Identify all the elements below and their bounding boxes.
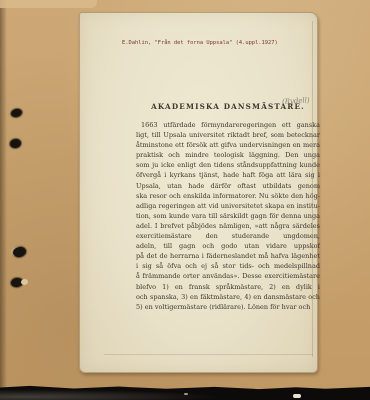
body-line: praktisk och mindre teologisk läggning. … (136, 150, 320, 160)
board-top-edge-patch (0, 0, 97, 8)
body-text: 1663 utfärdade förmyndareregeringen ett … (136, 120, 320, 312)
pasted-book-page: E.Dahlin, "Från det forna Uppsala" (4.up… (79, 12, 318, 373)
body-line: adel. I brefvet påbjödes nämligen, »att … (136, 221, 320, 231)
typed-source-reference: E.Dahlin, "Från det forna Uppsala" (4.up… (122, 40, 292, 47)
body-line: adeln, till gagn och godo utan vidare up… (136, 241, 320, 251)
clipping-edge-vertical (312, 21, 313, 357)
body-line: i sig så öfva och ej så stor tids- och m… (136, 261, 320, 271)
body-line: som ju icke enligt den tidens ståndsuppf… (136, 160, 320, 170)
body-line: adliga regeringen att vid universitetet … (136, 201, 320, 211)
body-line: Upsala, utan hade därför oftast utbildat… (136, 181, 320, 191)
body-line: och spanska, 3) en fäktmästare, 4) en da… (136, 292, 320, 302)
body-line: på det de herrarna i fäderneslandet må h… (136, 251, 320, 261)
body-line: 1663 utfärdade förmyndareregeringen ett … (136, 120, 320, 130)
paper-speck (293, 394, 301, 398)
text-column: AKADEMISKA DANSMÄSTARE. 1663 utfärdade f… (136, 102, 320, 312)
body-line: 5) en voltigermästare (ridlärare). Lönen… (136, 302, 320, 312)
scanned-document: E.Dahlin, "Från det forna Uppsala" (4.up… (0, 0, 370, 400)
body-line: blefvo 1) en fransk språkmästare, 2) en … (136, 282, 320, 292)
body-line: å främmande orter användas». Desse exerc… (136, 271, 320, 281)
body-line: ska resor och enskilda informatorer. Nu … (136, 191, 320, 201)
clipping-edge-horizontal (104, 354, 313, 355)
body-line: öfvergå i kyrkans tjänst, hade haft föga… (136, 170, 320, 180)
board-left-edge-shadow (0, 0, 7, 400)
body-line: tion, som kunde vara till särskildt gagn… (136, 211, 320, 221)
body-line: exercitiemästare den studerande ungdomen… (136, 231, 320, 241)
body-line: ligt, till Upsala universitet riktadt br… (136, 130, 320, 140)
page-heading: AKADEMISKA DANSMÄSTARE. (136, 102, 320, 111)
body-line: åtminstone ett försök att gifva undervis… (136, 140, 320, 150)
paper-speck (184, 393, 188, 395)
